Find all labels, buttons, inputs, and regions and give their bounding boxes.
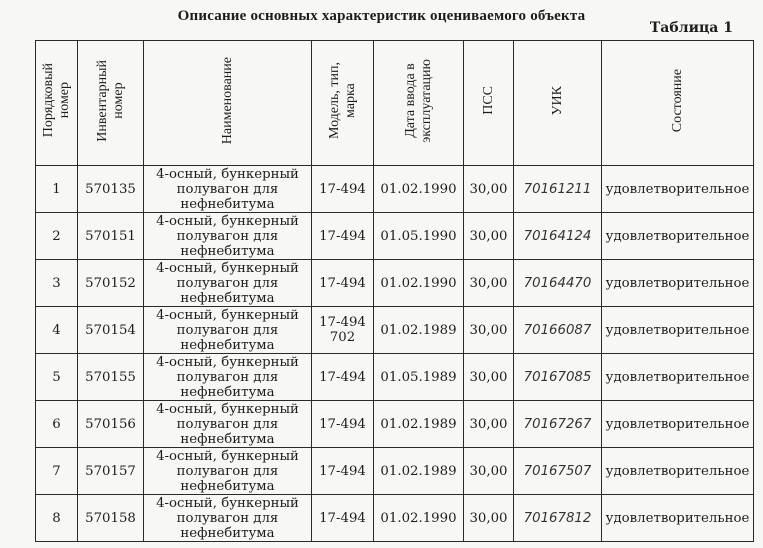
- cell-uik: 70167507: [514, 448, 602, 495]
- cell-uik: 70164470: [514, 260, 602, 307]
- cell-commission-date: 01.05.1990: [374, 213, 464, 260]
- cell-condition: удовлетворительное: [602, 260, 754, 307]
- header-uik: УИК: [514, 41, 602, 166]
- cell-uik: 70164124: [514, 213, 602, 260]
- header-label: ПСС: [481, 86, 497, 115]
- cell-pss: 30,00: [464, 401, 514, 448]
- cell-model: 17-494: [312, 166, 374, 213]
- cell-inventory-number: 570157: [78, 448, 144, 495]
- table-row: 75701574-осный, бункерный полувагон для …: [36, 448, 754, 495]
- cell-uik: 70167812: [514, 495, 602, 542]
- cell-uik: 70166087: [514, 307, 602, 354]
- table-row: 15701354-осный, бункерный полувагон для …: [36, 166, 754, 213]
- cell-commission-date: 01.02.1989: [374, 448, 464, 495]
- cell-model: 17-494: [312, 213, 374, 260]
- cell-inventory-number: 570158: [78, 495, 144, 542]
- cell-ordinal-number: 6: [36, 401, 78, 448]
- cell-commission-date: 01.02.1990: [374, 166, 464, 213]
- cell-inventory-number: 570152: [78, 260, 144, 307]
- header-label: Состояние: [670, 69, 686, 132]
- document-title: Описание основных характеристик оценивае…: [0, 8, 763, 25]
- cell-name: 4-осный, бункерный полувагон для нефнеби…: [144, 401, 312, 448]
- cell-commission-date: 01.05.1989: [374, 354, 464, 401]
- cell-ordinal-number: 1: [36, 166, 78, 213]
- cell-uik: 70167267: [514, 401, 602, 448]
- header-label: Дата ввода в эксплуатацию: [403, 59, 435, 143]
- table-body: 15701354-осный, бункерный полувагон для …: [36, 166, 754, 542]
- header-inventory-number: Инвентарный номер: [78, 41, 144, 166]
- cell-commission-date: 01.02.1990: [374, 260, 464, 307]
- cell-model: 17-494 702: [312, 307, 374, 354]
- cell-condition: удовлетворительное: [602, 401, 754, 448]
- header-label: Наименование: [220, 57, 236, 144]
- cell-name: 4-осный, бункерный полувагон для нефнеби…: [144, 307, 312, 354]
- cell-inventory-number: 570154: [78, 307, 144, 354]
- cell-model: 17-494: [312, 354, 374, 401]
- cell-ordinal-number: 7: [36, 448, 78, 495]
- table-row: 45701544-осный, бункерный полувагон для …: [36, 307, 754, 354]
- header-name: Наименование: [144, 41, 312, 166]
- cell-name: 4-осный, бункерный полувагон для нефнеби…: [144, 495, 312, 542]
- cell-commission-date: 01.02.1990: [374, 495, 464, 542]
- characteristics-table: Порядковый номер Инвентарный номер Наиме…: [35, 40, 754, 542]
- cell-pss: 30,00: [464, 166, 514, 213]
- cell-model: 17-494: [312, 448, 374, 495]
- cell-pss: 30,00: [464, 307, 514, 354]
- cell-name: 4-осный, бункерный полувагон для нефнеби…: [144, 166, 312, 213]
- cell-name: 4-осный, бункерный полувагон для нефнеби…: [144, 260, 312, 307]
- header-condition: Состояние: [602, 41, 754, 166]
- cell-model: 17-494: [312, 260, 374, 307]
- cell-ordinal-number: 3: [36, 260, 78, 307]
- table-row: 55701554-осный, бункерный полувагон для …: [36, 354, 754, 401]
- cell-ordinal-number: 2: [36, 213, 78, 260]
- cell-inventory-number: 570151: [78, 213, 144, 260]
- cell-condition: удовлетворительное: [602, 354, 754, 401]
- cell-name: 4-осный, бункерный полувагон для нефнеби…: [144, 213, 312, 260]
- cell-model: 17-494: [312, 495, 374, 542]
- header-label: Инвентарный номер: [95, 60, 127, 142]
- table-row: 25701514-осный, бункерный полувагон для …: [36, 213, 754, 260]
- cell-model: 17-494: [312, 401, 374, 448]
- cell-condition: удовлетворительное: [602, 166, 754, 213]
- cell-name: 4-осный, бункерный полувагон для нефнеби…: [144, 354, 312, 401]
- cell-commission-date: 01.02.1989: [374, 307, 464, 354]
- header-pss: ПСС: [464, 41, 514, 166]
- cell-name: 4-осный, бункерный полувагон для нефнеби…: [144, 448, 312, 495]
- cell-pss: 30,00: [464, 495, 514, 542]
- header-commission-date: Дата ввода в эксплуатацию: [374, 41, 464, 166]
- table-row: 85701584-осный, бункерный полувагон для …: [36, 495, 754, 542]
- cell-ordinal-number: 8: [36, 495, 78, 542]
- header-label: Порядковый номер: [41, 63, 73, 137]
- cell-condition: удовлетворительное: [602, 495, 754, 542]
- header-row: Порядковый номер Инвентарный номер Наиме…: [36, 41, 754, 166]
- cell-condition: удовлетворительное: [602, 307, 754, 354]
- cell-pss: 30,00: [464, 448, 514, 495]
- header-model: Модель, тип, марка: [312, 41, 374, 166]
- cell-pss: 30,00: [464, 354, 514, 401]
- header-label: УИК: [550, 86, 566, 115]
- cell-inventory-number: 570155: [78, 354, 144, 401]
- cell-ordinal-number: 5: [36, 354, 78, 401]
- cell-pss: 30,00: [464, 260, 514, 307]
- cell-inventory-number: 570135: [78, 166, 144, 213]
- table-caption: Таблица 1: [650, 20, 733, 36]
- header-ordinal-number: Порядковый номер: [36, 41, 78, 166]
- header-label: Модель, тип, марка: [327, 62, 359, 139]
- cell-uik: 70161211: [514, 166, 602, 213]
- cell-condition: удовлетворительное: [602, 448, 754, 495]
- cell-condition: удовлетворительное: [602, 213, 754, 260]
- cell-inventory-number: 570156: [78, 401, 144, 448]
- cell-commission-date: 01.02.1989: [374, 401, 464, 448]
- cell-uik: 70167085: [514, 354, 602, 401]
- table-row: 35701524-осный, бункерный полувагон для …: [36, 260, 754, 307]
- cell-pss: 30,00: [464, 213, 514, 260]
- table-row: 65701564-осный, бункерный полувагон для …: [36, 401, 754, 448]
- cell-ordinal-number: 4: [36, 307, 78, 354]
